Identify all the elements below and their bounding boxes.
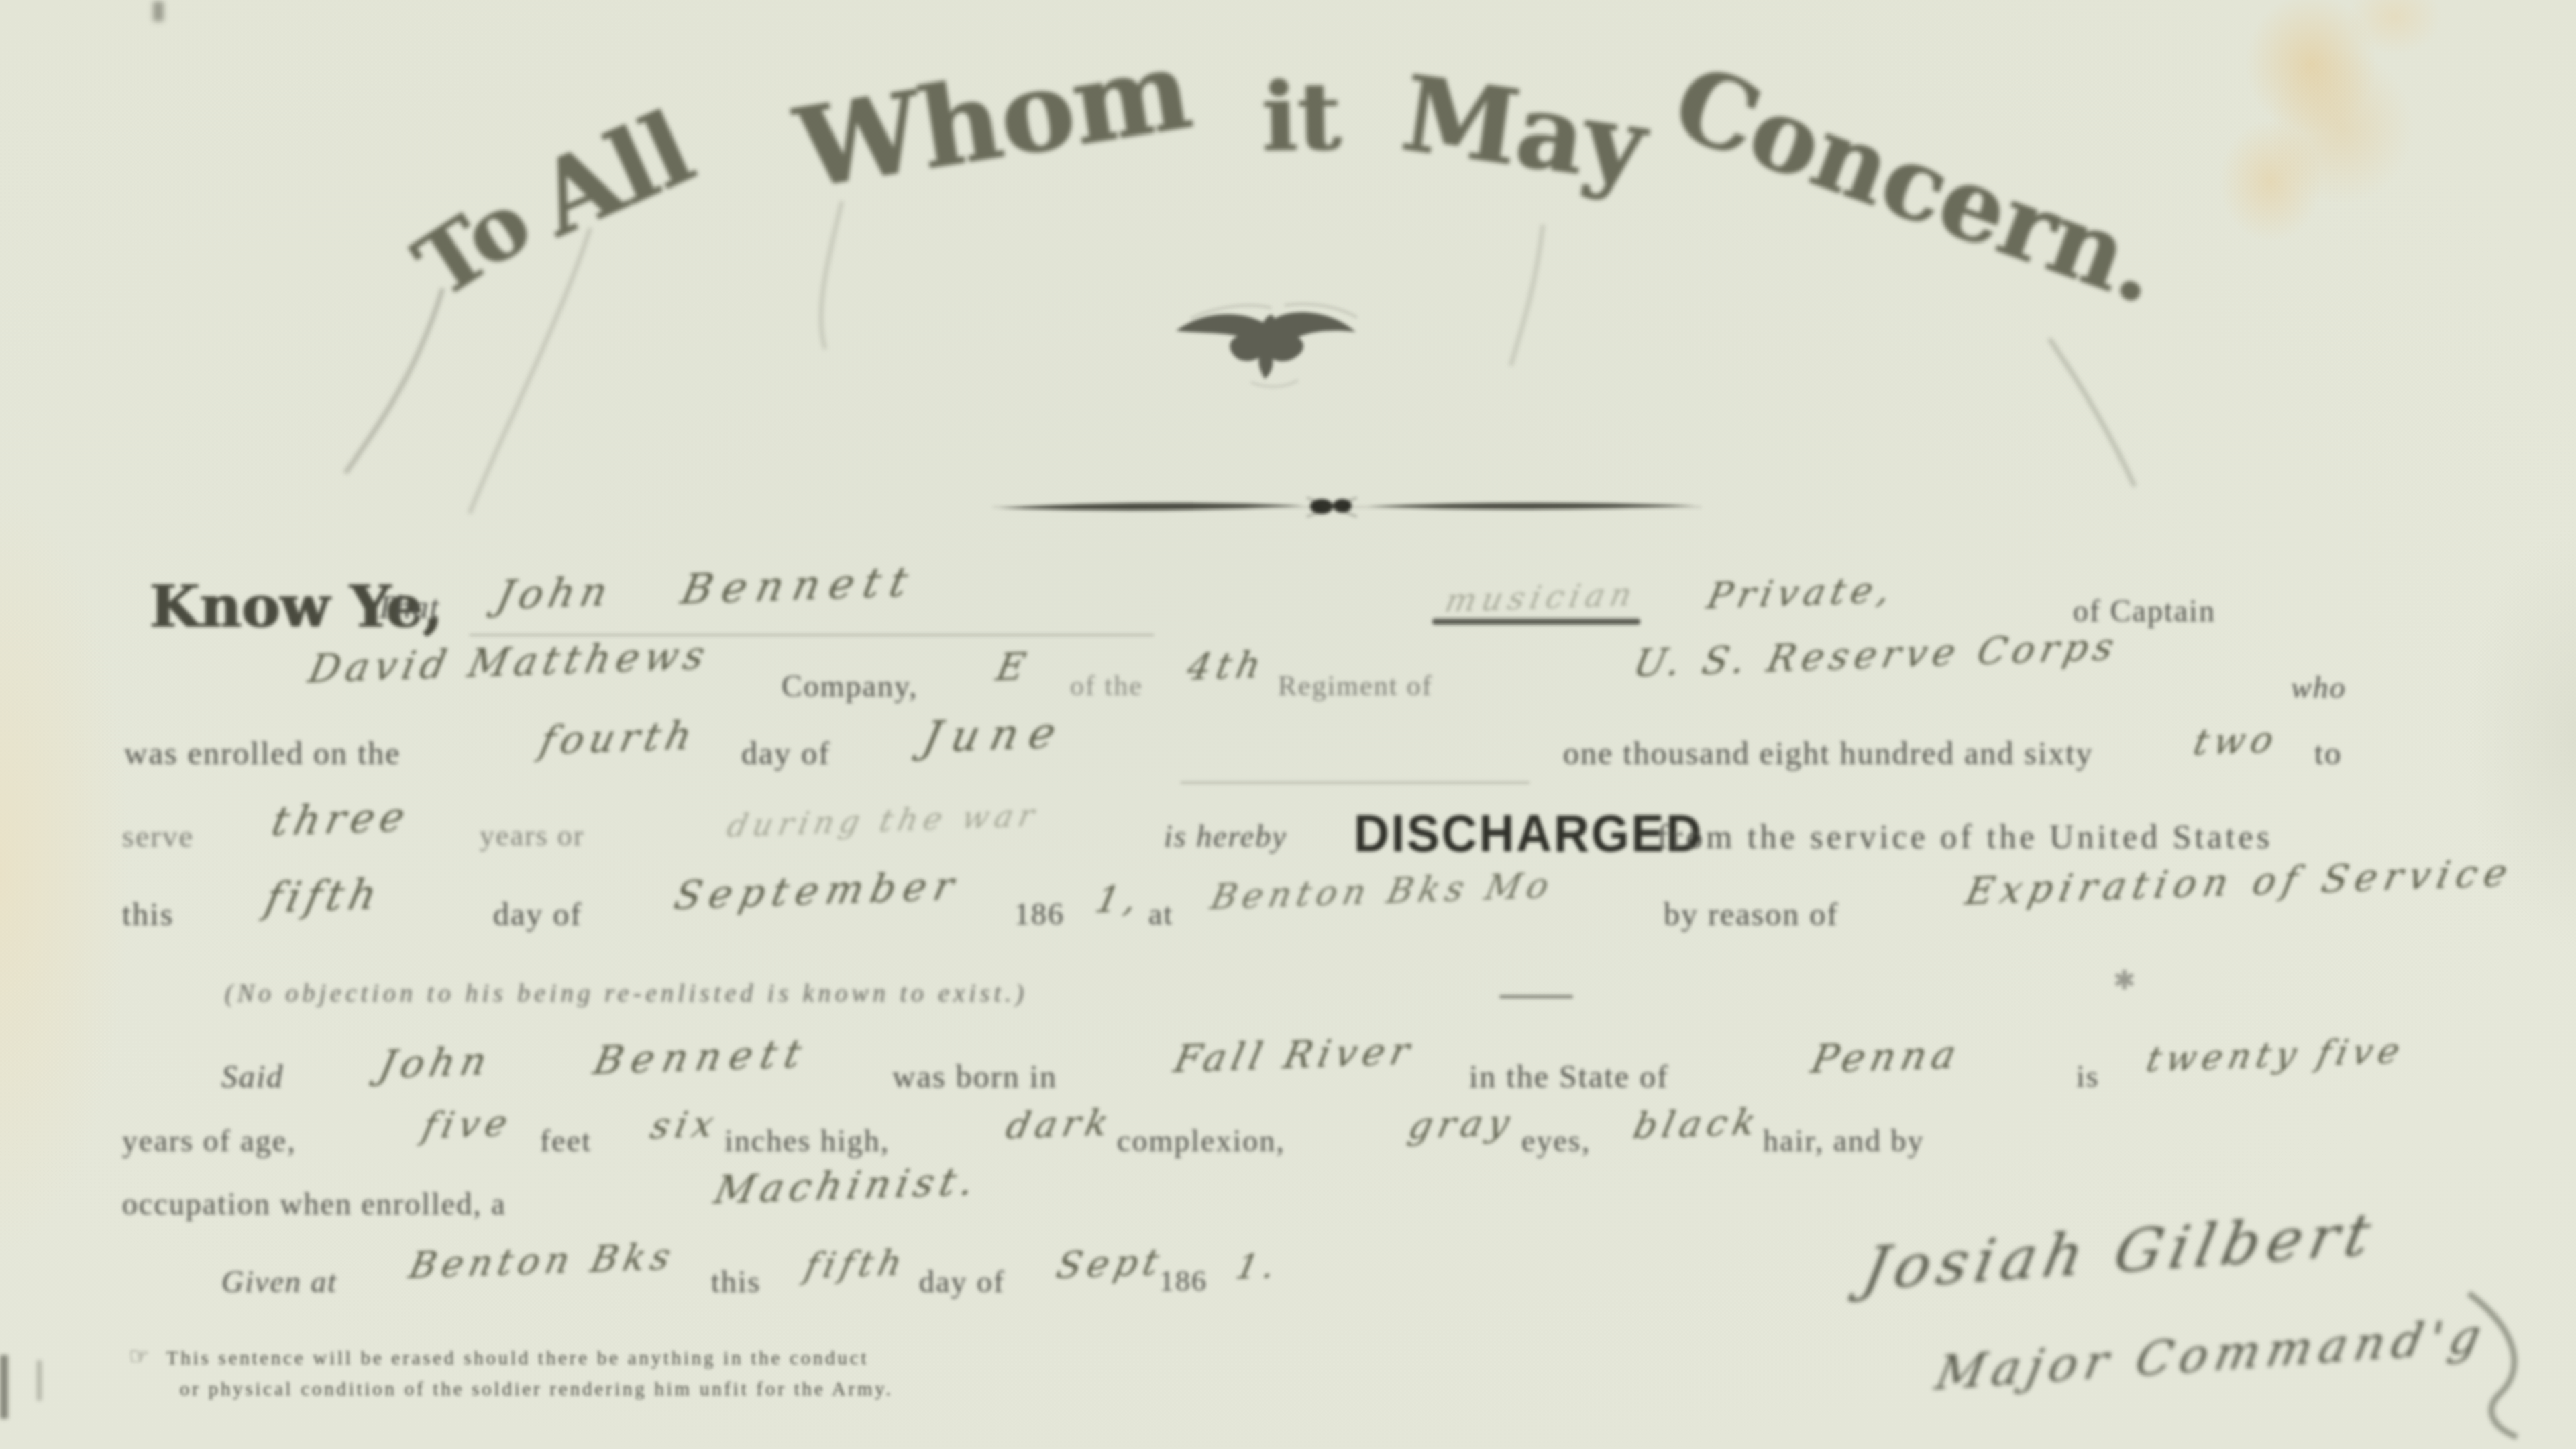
discharge-certificate-scan: To All Whom it May Concern.: [0, 0, 2576, 1449]
signature-title: Major Command'g: [1932, 1312, 2491, 1397]
signature-name: Josiah Gilbert: [1858, 1205, 2382, 1299]
signature-flourish-icon: [2428, 1288, 2563, 1449]
signature-block: Josiah Gilbert Major Command'g: [0, 0, 2576, 1449]
